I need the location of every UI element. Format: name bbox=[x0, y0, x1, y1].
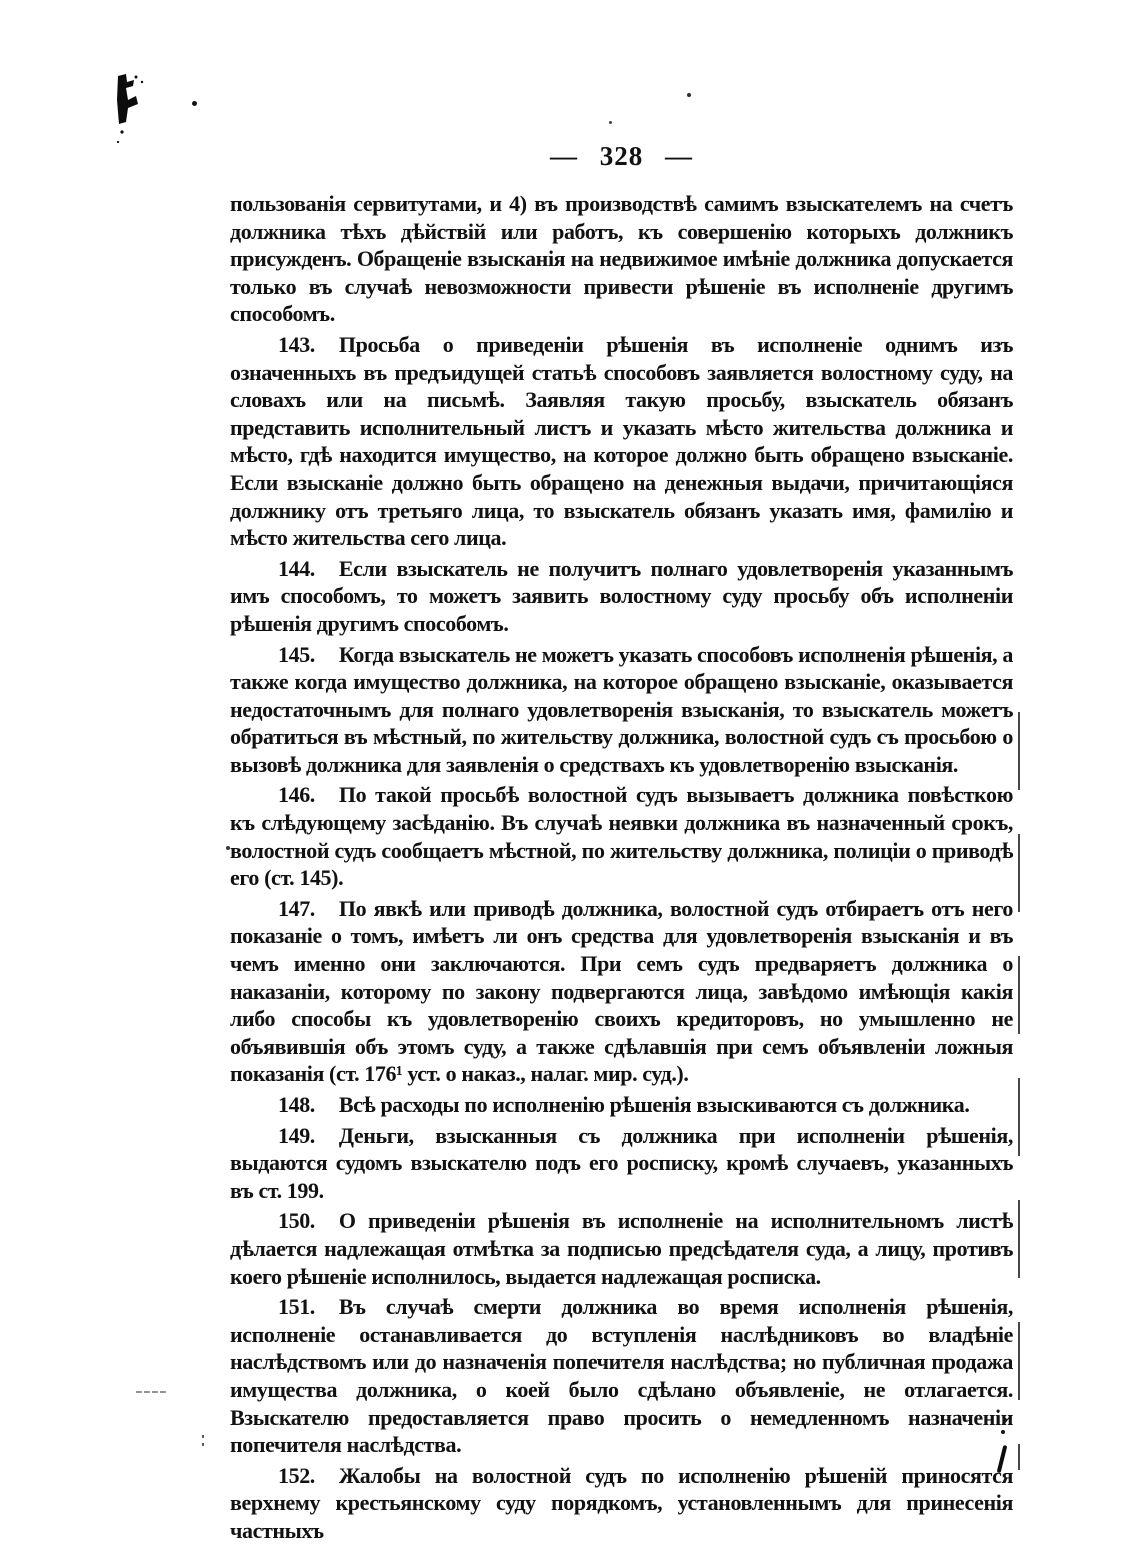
article-paragraph: 150.О приведеніи рѣшенія въ исполненіе н… bbox=[230, 1207, 1013, 1290]
dust-speck bbox=[687, 93, 691, 97]
article-paragraph: 147.По явкѣ или приводѣ должника, волост… bbox=[230, 895, 1013, 1088]
article-number: 149. bbox=[278, 1123, 315, 1148]
page-number-header: — 328 — bbox=[230, 141, 1013, 172]
paragraph-list: пользованія сервитутами, и 4) въ произво… bbox=[230, 190, 1013, 1548]
continuation-paragraph: пользованія сервитутами, и 4) въ произво… bbox=[230, 190, 1013, 328]
dust-speck bbox=[1001, 1430, 1005, 1434]
article-number: 147. bbox=[278, 896, 315, 921]
dust-speck bbox=[226, 846, 230, 850]
article-paragraph: 152.Жалобы на волостной судъ по исполнен… bbox=[230, 1462, 1013, 1545]
article-number: 144. bbox=[278, 556, 315, 581]
article-number: 150. bbox=[278, 1208, 315, 1233]
colon-speck bbox=[202, 1435, 204, 1447]
dust-speck bbox=[192, 101, 197, 106]
article-number: 143. bbox=[278, 332, 315, 357]
article-number: 152. bbox=[278, 1463, 315, 1488]
ink-blot-artifact bbox=[106, 70, 150, 150]
dust-speck bbox=[1003, 1418, 1007, 1422]
article-number: 146. bbox=[278, 782, 315, 807]
article-paragraph: 146.По такой просьбѣ волостной судъ вызы… bbox=[230, 781, 1013, 891]
article-paragraph: 148.Всѣ расходы по исполненію рѣшенія вз… bbox=[230, 1091, 1013, 1119]
scanned-page: — 328 — пользованія сервитутами, и 4) въ… bbox=[0, 0, 1140, 1562]
article-paragraph: 149.Деньги, взысканныя съ должника при и… bbox=[230, 1122, 1013, 1205]
right-margin-rule bbox=[1018, 712, 1020, 1470]
article-number: 145. bbox=[278, 642, 315, 667]
article-paragraph: 145.Когда взыскатель не можетъ указать с… bbox=[230, 641, 1013, 779]
article-paragraph: 144.Если взыскатель не получитъ полнаго … bbox=[230, 555, 1013, 638]
article-paragraph: 151.Въ случаѣ смерти должника во время и… bbox=[230, 1293, 1013, 1459]
article-number: 148. bbox=[278, 1092, 315, 1117]
article-number: 151. bbox=[278, 1294, 315, 1319]
bottom-left-marks bbox=[136, 1391, 166, 1396]
dust-speck bbox=[609, 121, 612, 124]
article-paragraph: 143.Просьба о приведеніи рѣшенія въ испо… bbox=[230, 331, 1013, 552]
